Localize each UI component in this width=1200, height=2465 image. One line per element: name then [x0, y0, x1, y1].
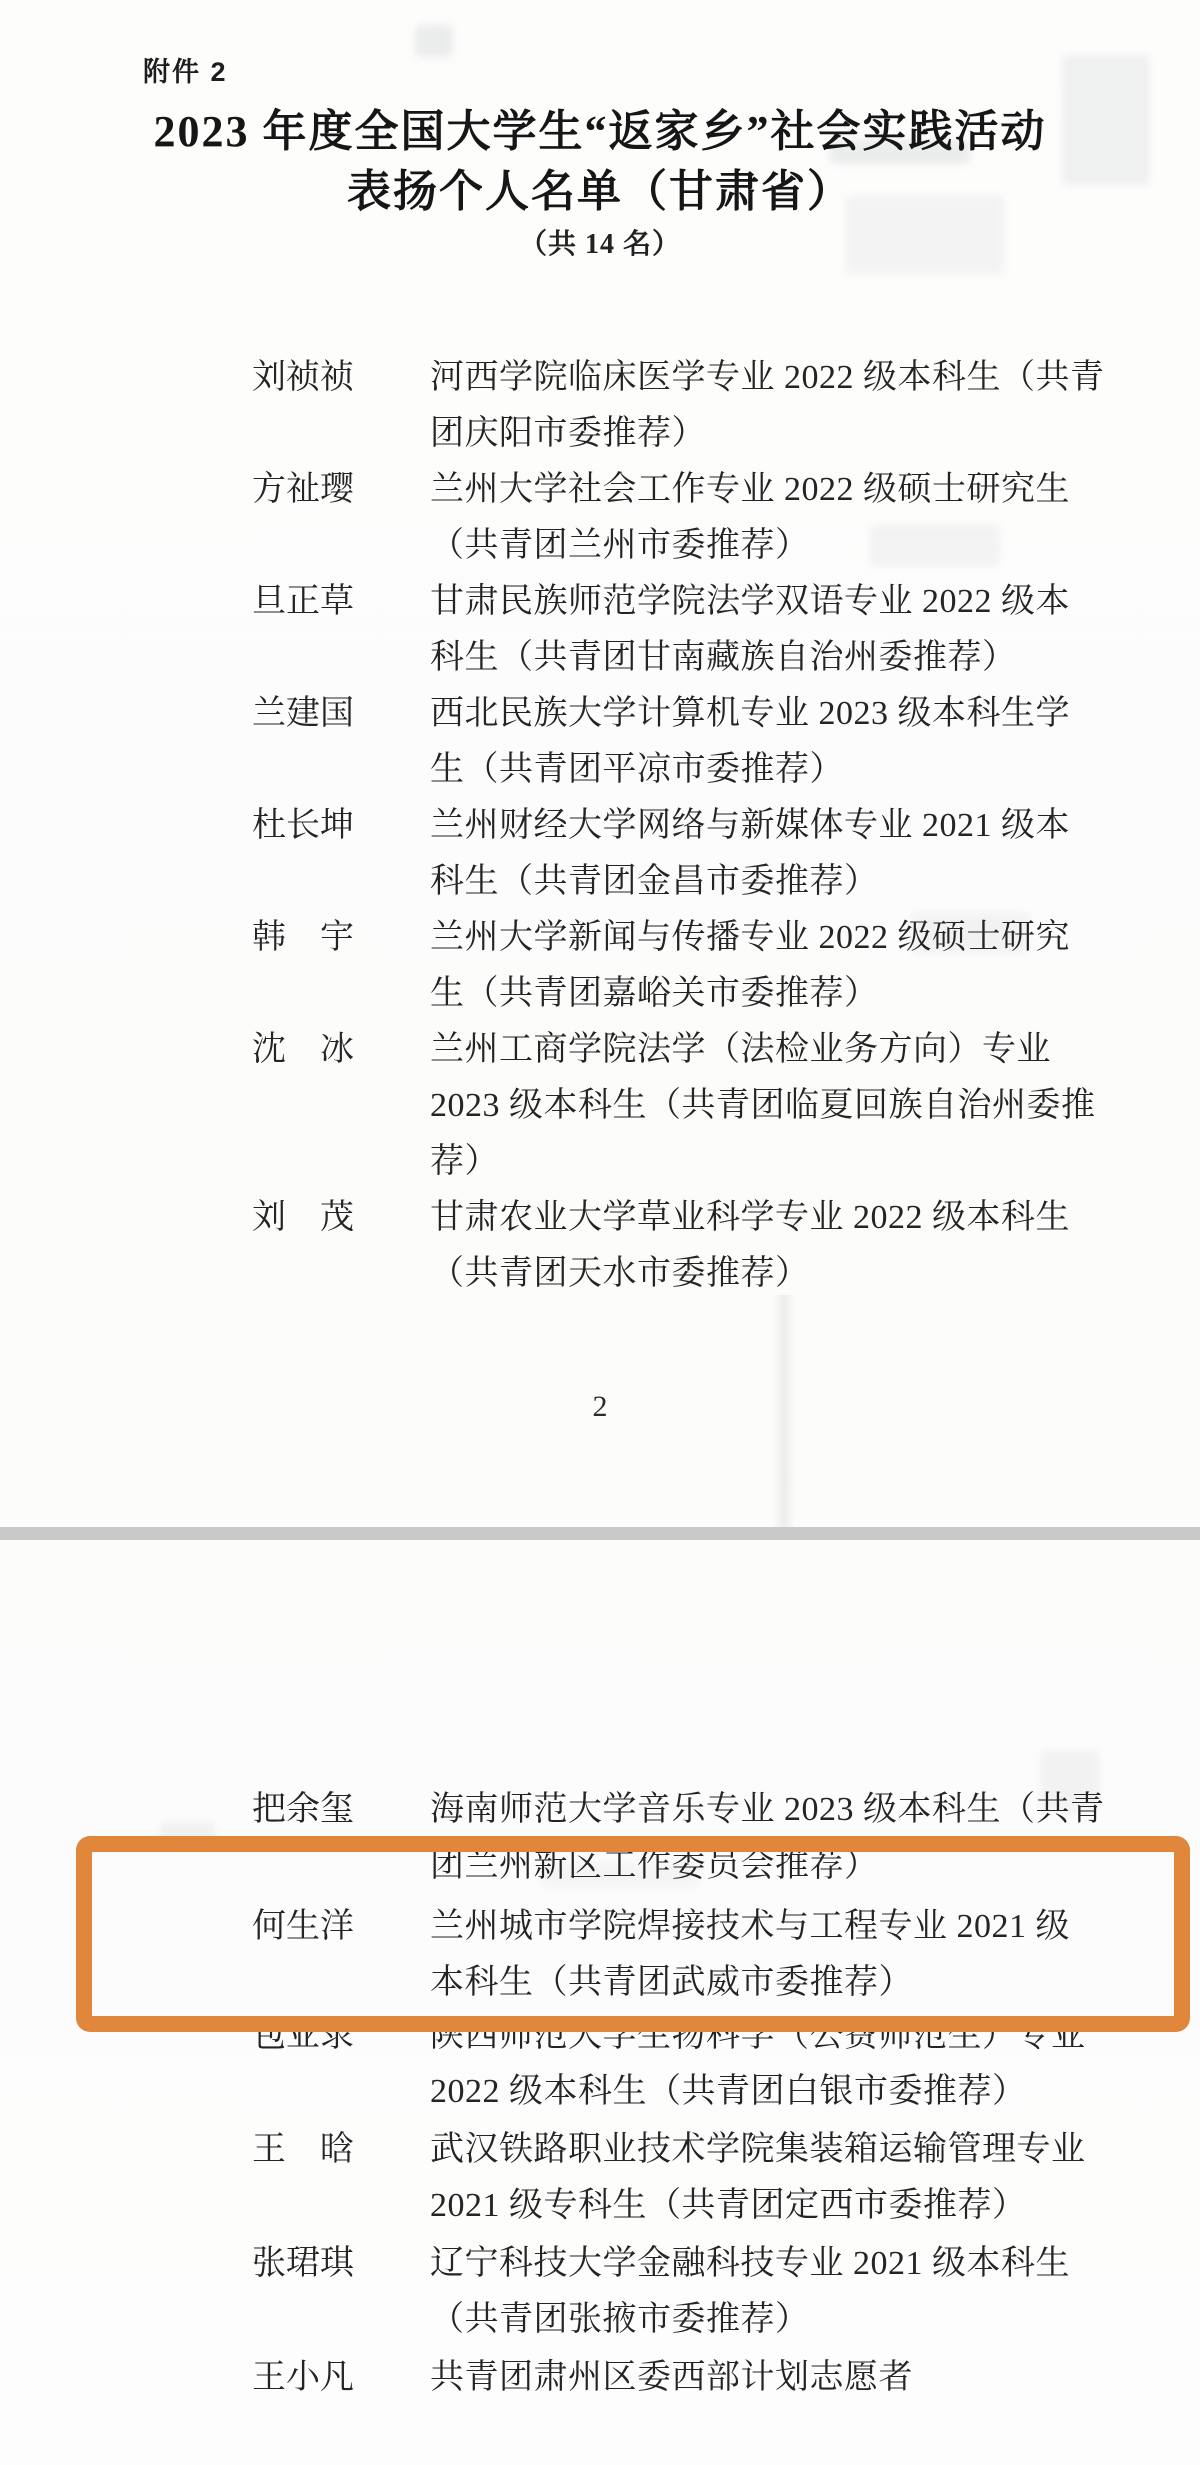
description-line: （共青团兰州市委推荐） — [430, 518, 1070, 574]
description-line: 科生（共青团金昌市委推荐） — [430, 854, 1070, 910]
person-name: 旦正草 — [252, 574, 360, 630]
description-line: （共青团天水市委推荐） — [430, 1246, 1070, 1302]
description-line: 2022 级本科生（共青团白银市委推荐） — [430, 2064, 1086, 2120]
entry-description: 河西学院临床医学专业 2022 级本科生（共青 团庆阳市委推荐） — [430, 350, 1105, 462]
description-line: 武汉铁路职业技术学院集装箱运输管理专业 — [430, 2122, 1086, 2178]
description-line: 荐） — [430, 1134, 1096, 1190]
description-line: 2023 级本科生（共青团临夏回族自治州委推 — [430, 1078, 1096, 1134]
description-line: 生（共青团嘉峪关市委推荐） — [430, 966, 1070, 1022]
person-name: 王小凡 — [252, 2350, 360, 2406]
description-line: 兰州大学新闻与传播专业 2022 级硕士研究 — [430, 910, 1070, 966]
page-number: 2 — [0, 1390, 1200, 1424]
entry-description: 兰州工商学院法学（法检业务方向）专业 2023 级本科生（共青团临夏回族自治州委… — [430, 1022, 1096, 1190]
bleed-through-artifact — [415, 25, 453, 57]
person-name: 方祉璎 — [252, 462, 360, 518]
attachment-label: 附件 2 — [143, 50, 228, 89]
document-title-line2: 表扬个人名单（甘肃省） — [0, 155, 1200, 219]
entry-description: 甘肃民族师范学院法学双语专业 2022 级本 科生（共青团甘南藏族自治州委推荐） — [430, 574, 1070, 686]
person-name: 刘 茂 — [252, 1190, 360, 1246]
person-name: 杜长坤 — [252, 798, 360, 854]
person-name: 刘祯祯 — [252, 350, 360, 406]
document-title-line1: 2023 年度全国大学生“返家乡”社会实践活动 — [0, 95, 1200, 159]
person-name: 把余玺 — [252, 1782, 360, 1838]
description-line: 团庆阳市委推荐） — [430, 406, 1105, 462]
entry-description: 兰州大学社会工作专业 2022 级硕士研究生 （共青团兰州市委推荐） — [430, 462, 1070, 574]
description-line: 2021 级专科生（共青团定西市委推荐） — [430, 2178, 1086, 2234]
description-line: 河西学院临床医学专业 2022 级本科生（共青 — [430, 350, 1105, 406]
entry-description: 西北民族大学计算机专业 2023 级本科生学 生（共青团平凉市委推荐） — [430, 686, 1070, 798]
person-name: 王 晗 — [252, 2122, 360, 2178]
description-line: 生（共青团平凉市委推荐） — [430, 742, 1070, 798]
person-name: 沈 冰 — [252, 1022, 360, 1078]
entry-description: 辽宁科技大学金融科技专业 2021 级本科生 （共青团张掖市委推荐） — [430, 2236, 1070, 2348]
description-line: 共青团肃州区委西部计划志愿者 — [430, 2350, 913, 2406]
description-line: 兰州财经大学网络与新媒体专业 2021 级本 — [430, 798, 1070, 854]
description-line: 兰州大学社会工作专业 2022 级硕士研究生 — [430, 462, 1070, 518]
description-line: 辽宁科技大学金融科技专业 2021 级本科生 — [430, 2236, 1070, 2292]
description-line: 科生（共青团甘南藏族自治州委推荐） — [430, 630, 1070, 686]
person-name: 兰建国 — [252, 686, 360, 742]
description-line: 兰州工商学院法学（法检业务方向）专业 — [430, 1022, 1096, 1078]
person-name: 韩 宇 — [252, 910, 360, 966]
entry-description: 武汉铁路职业技术学院集装箱运输管理专业 2021 级专科生（共青团定西市委推荐） — [430, 2122, 1086, 2234]
count-note: （共 14 名） — [0, 222, 1200, 262]
scanned-document-page: 附件 2 2023 年度全国大学生“返家乡”社会实践活动 表扬个人名单（甘肃省）… — [0, 0, 1200, 2465]
description-line: 甘肃民族师范学院法学双语专业 2022 级本 — [430, 574, 1070, 630]
highlight-box — [76, 1836, 1190, 2032]
description-line: （共青团张掖市委推荐） — [430, 2292, 1070, 2348]
entry-description: 共青团肃州区委西部计划志愿者 — [430, 2350, 913, 2406]
page-break-divider — [0, 1527, 1200, 1540]
description-line: 西北民族大学计算机专业 2023 级本科生学 — [430, 686, 1070, 742]
entry-description: 兰州财经大学网络与新媒体专业 2021 级本 科生（共青团金昌市委推荐） — [430, 798, 1070, 910]
description-line: 海南师范大学音乐专业 2023 级本科生（共青 — [430, 1782, 1105, 1838]
person-name: 张珺琪 — [252, 2236, 360, 2292]
description-line: 甘肃农业大学草业科学专业 2022 级本科生 — [430, 1190, 1070, 1246]
entry-description: 甘肃农业大学草业科学专业 2022 级本科生 （共青团天水市委推荐） — [430, 1190, 1070, 1302]
entry-description: 兰州大学新闻与传播专业 2022 级硕士研究 生（共青团嘉峪关市委推荐） — [430, 910, 1070, 1022]
